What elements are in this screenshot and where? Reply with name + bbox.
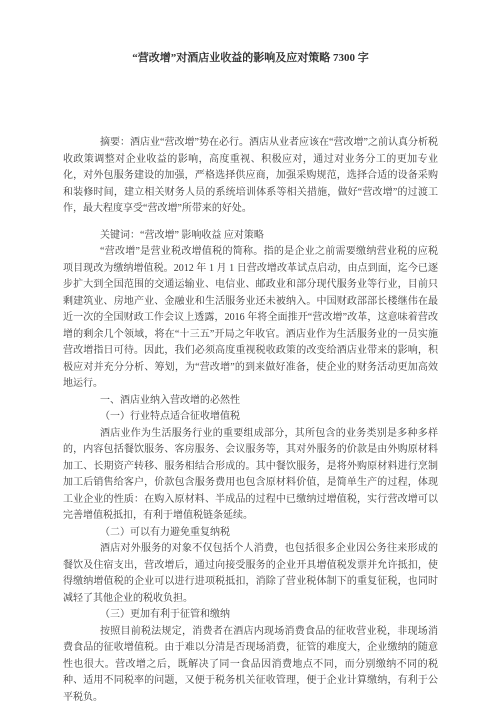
subsection-heading-industry-fit: （一）行业特点适合征收增值税 <box>63 409 438 426</box>
body-paragraph-industry-fit: 酒店业作为生活服务行业的重要组成部分，其所包含的业务类别是多种多样的，内容包括餐… <box>63 426 438 525</box>
subsection-heading-administration: （三）更加有利于征管和缴纳 <box>63 607 438 624</box>
keywords-line: 关键词：“营改增” 影响收益 应对策略 <box>63 228 438 245</box>
body-paragraph-avoid-double-tax: 酒店对外服务的对象不仅包括个人消费，也包括很多企业因公务往来形成的餐饮及住宿支出… <box>63 541 438 607</box>
abstract-paragraph: 摘要：酒店业“营改增”势在必行。酒店从业者应该在“营改增”之前认真分析税收政策调… <box>63 135 438 218</box>
document-page: “营改增”对酒店业收益的影响及应对策略 7300 字 摘要：酒店业“营改增”势在… <box>0 0 500 708</box>
body-paragraph-administration: 按照目前税法规定，消费者在酒店内现场消费食品的征收营业税，非现场消费食品的征收增… <box>63 624 438 707</box>
document-title: “营改增”对酒店业收益的影响及应对策略 7300 字 <box>63 50 438 66</box>
subsection-heading-avoid-double-tax: （二）可以有力避免重复纳税 <box>63 525 438 542</box>
section-heading-necessity: 一、酒店业纳入营改增的必然性 <box>63 393 438 410</box>
body-paragraph-intro: “营改增”是营业税改增值税的简称。指的是企业之前需要缴纳营业税的应税项目现改为缴… <box>63 244 438 393</box>
